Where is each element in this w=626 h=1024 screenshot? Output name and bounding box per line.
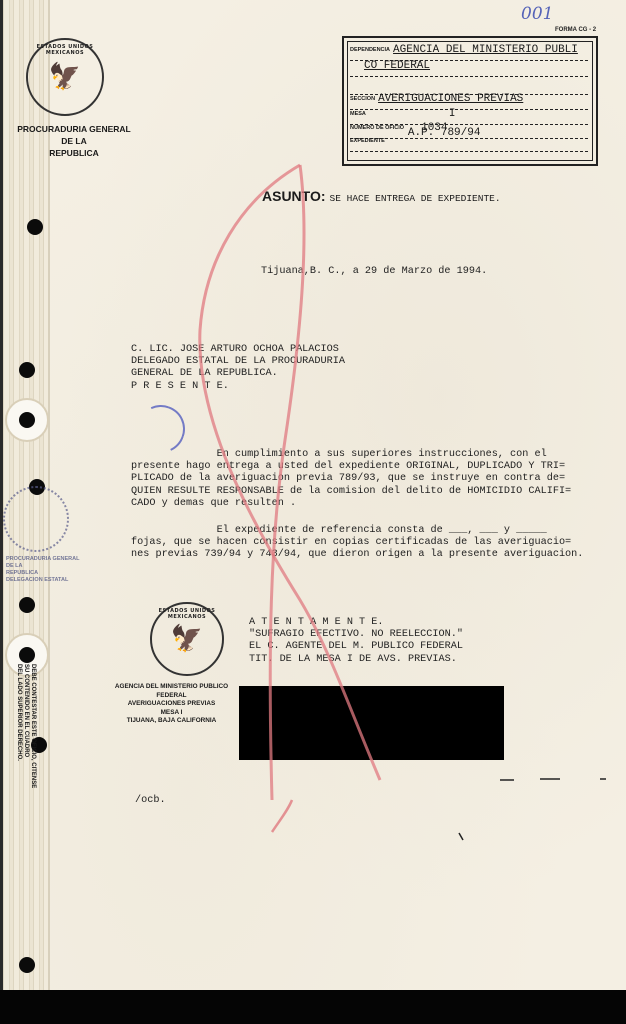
punch-hole — [19, 362, 35, 378]
seccion-value: AVERIGUACIONES PREVIAS — [378, 93, 523, 105]
punch-hole — [19, 597, 35, 613]
subject-text: SE HACE ENTREGA DE EXPEDIENTE. — [330, 193, 501, 204]
subject-line: ASUNTO:SE HACE ENTREGA DE EXPEDIENTE. — [262, 188, 501, 204]
side-note-line: SU CONTENIDO EN EL CUADRO — [22, 664, 29, 764]
scan-border — [0, 990, 626, 1024]
dependencia-field: DEPENDENCIAAGENCIA DEL MINISTERIO PUBLI — [350, 44, 588, 61]
letterhead-line: DE LA — [14, 135, 134, 147]
office-seal-icon: ESTADOS UNIDOS MEXICANOS 🦅 — [150, 602, 224, 676]
eagle-emblem-icon: 🦅 — [49, 62, 81, 92]
date-line: Tijuana,B. C., a 29 de Marzo de 1994. — [261, 266, 487, 278]
expediente-value: A.P. 789/94 — [408, 127, 481, 139]
received-stamp-icon — [3, 486, 69, 552]
reference-form-box: DEPENDENCIAAGENCIA DEL MINISTERIO PUBLI … — [342, 36, 598, 166]
received-stamp-line: DELEGACION ESTATAL — [6, 577, 79, 584]
dependencia-label: DEPENDENCIA — [350, 47, 390, 53]
office-stamp-line: TIJUANA, BAJA CALIFORNIA — [103, 717, 240, 726]
form-code: FORMA CG - 2 — [555, 27, 596, 33]
seal-text: ESTADOS UNIDOS MEXICANOS — [28, 44, 102, 56]
letterhead-line: PROCURADURIA GENERAL — [14, 123, 134, 135]
office-stamp: AGENCIA DEL MINISTERIO PUBLICO FEDERAL A… — [103, 683, 240, 726]
punch-hole — [27, 219, 43, 235]
seal-text: ESTADOS UNIDOS MEXICANOS — [152, 608, 222, 620]
binding-edge — [0, 0, 3, 990]
received-stamp-line: PROCURADURIA GENERAL — [6, 556, 79, 563]
letterhead-agency: PROCURADURIA GENERAL DE LA REPUBLICA — [14, 123, 134, 159]
mesa-label: MESA — [350, 111, 366, 117]
expediente-label: EXPEDIENTE — [350, 138, 385, 144]
side-instruction-note: DEBE CONTESTAR ESTE OFICIO, CITENSE SU C… — [15, 664, 36, 764]
redaction-box — [239, 686, 504, 760]
reinforced-punch-hole — [5, 398, 49, 442]
received-stamp-line: DE LA — [6, 563, 79, 570]
office-stamp-line: AGENCIA DEL MINISTERIO PUBLICO FEDERAL — [103, 683, 240, 700]
typist-initials: /ocb. — [135, 795, 166, 807]
addressee-block: C. LIC. JOSE ARTURO OCHOA PALACIOS DELEG… — [131, 344, 345, 393]
body-paragraph-2: El expediente de referencia consta de __… — [131, 525, 583, 562]
punch-hole — [19, 412, 35, 428]
closing-block: A T E N T A M E N T E. "SUFRAGIO EFECTIV… — [249, 617, 463, 666]
folio-number: 001 — [521, 4, 553, 24]
mesa-value: I — [449, 108, 456, 120]
expediente-field: EXPEDIENTEA.P. 789/94 — [350, 135, 588, 152]
eagle-emblem-icon: 🦅 — [171, 624, 203, 654]
received-stamp-line: REPUBLICA — [6, 570, 79, 577]
letterhead-line: REPUBLICA — [14, 147, 134, 159]
punch-hole — [19, 957, 35, 973]
seccion-label: SECCION — [350, 96, 375, 102]
side-note-line: DEBE CONTESTAR ESTE OFICIO, CITENSE — [29, 664, 36, 764]
side-note-line: DEL LADO SUPERIOR DERECHO. — [15, 664, 22, 764]
dependencia-field-continued: CO FEDERAL — [350, 60, 588, 77]
subject-label: ASUNTO: — [262, 188, 326, 204]
dependencia-value: AGENCIA DEL MINISTERIO PUBLI — [393, 44, 578, 56]
national-seal-icon: ESTADOS UNIDOS MEXICANOS 🦅 — [26, 38, 104, 116]
office-stamp-line: AVERIGUACIONES PREVIAS — [103, 700, 240, 709]
body-paragraph-1: En cumplimiento a sus superiores instruc… — [131, 449, 571, 510]
received-stamp-text: PROCURADURIA GENERAL DE LA REPUBLICA DEL… — [6, 556, 79, 584]
dependencia-value-continued: CO FEDERAL — [364, 60, 430, 72]
office-stamp-line: MESA I — [103, 709, 240, 718]
punch-hole — [19, 647, 35, 663]
oficio-label: NUMERO DE OFICIO — [350, 125, 404, 131]
